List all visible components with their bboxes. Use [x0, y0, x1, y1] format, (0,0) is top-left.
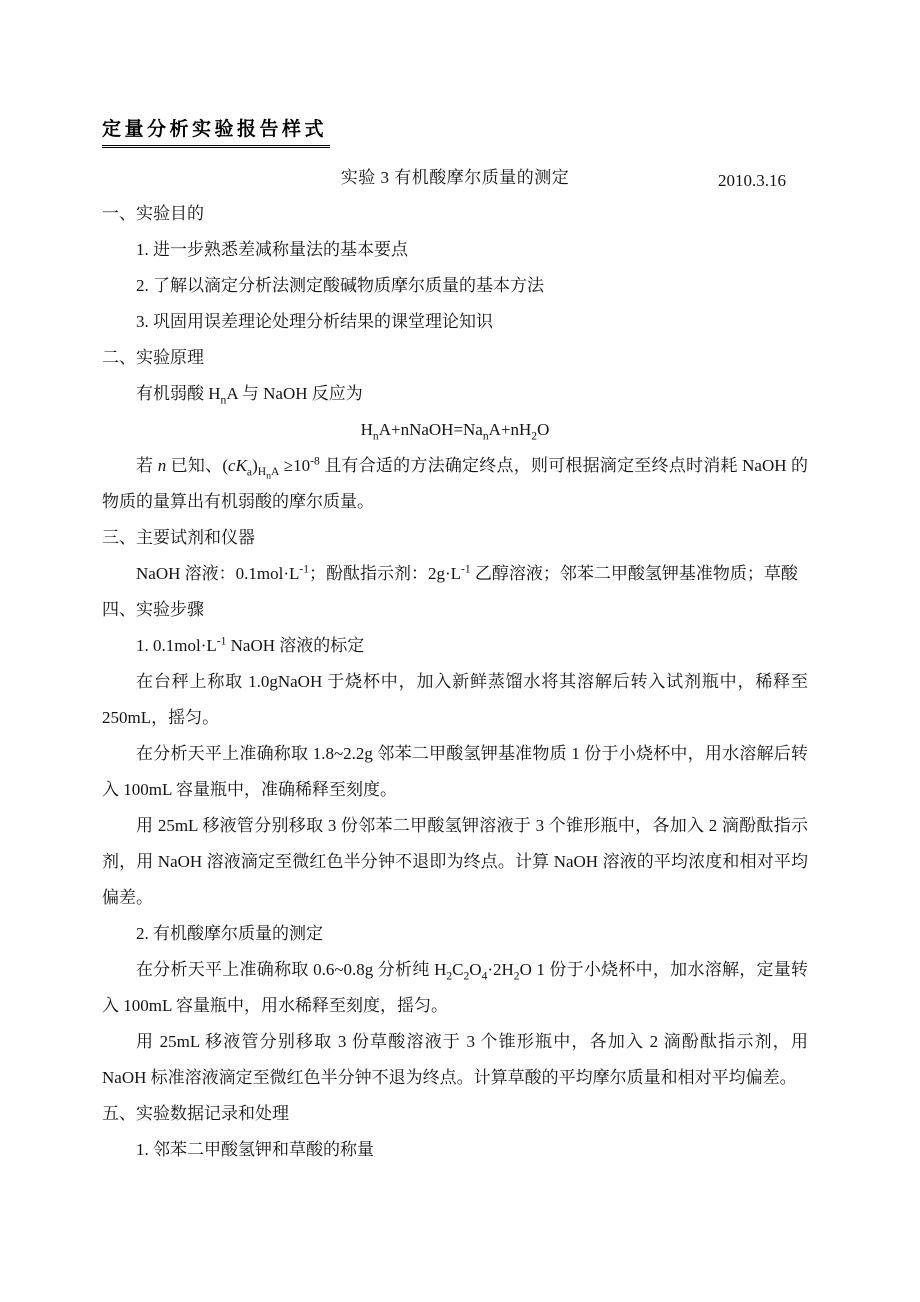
procedure-step2-para2: 用 25mL 移液管分别移取 3 份草酸溶液于 3 个锥形瓶中，各加入 2 滴酚… [102, 1024, 808, 1096]
principle-intro: 有机弱酸 HnA 与 NaOH 反应为 [102, 376, 808, 412]
principle-condition: 若 n 已知、(cKa)HnA ≥10-8 且有合适的方法确定终点，则可根据滴定… [102, 448, 808, 520]
purpose-item-2: 2. 了解以滴定分析法测定酸碱物质摩尔质量的基本方法 [102, 268, 808, 304]
report-date: 2010.3.16 [718, 163, 786, 199]
doc-title: 定量分析实验报告样式 [102, 116, 808, 148]
procedure-step1-para3: 用 25mL 移液管分别移取 3 份邻苯二甲酸氢钾溶液于 3 个锥形瓶中，各加入… [102, 808, 808, 916]
purpose-item-3: 3. 巩固用误差理论处理分析结果的课堂理论知识 [102, 304, 808, 340]
document-page: 定量分析实验报告样式 实验 3 有机酸摩尔质量的测定 2010.3.16 一、实… [0, 0, 920, 1302]
section-heading-principle: 二、实验原理 [102, 340, 808, 376]
procedure-step1-para1: 在台秤上称取 1.0gNaOH 于烧杯中，加入新鲜蒸馏水将其溶解后转入试剂瓶中，… [102, 664, 808, 736]
procedure-step2-para1: 在分析天平上准确称取 0.6~0.8g 分析纯 H2C2O4·2H2O 1 份于… [102, 952, 808, 1024]
section-heading-purpose: 一、实验目的 [102, 196, 808, 232]
procedure-step1-title: 1. 0.1mol·L-1 NaOH 溶液的标定 [102, 628, 808, 664]
chemical-equation: HnA+nNaOH=NanA+nH2O [102, 412, 808, 448]
section-heading-data-record: 五、实验数据记录和处理 [102, 1096, 808, 1132]
purpose-item-1: 1. 进一步熟悉差减称量法的基本要点 [102, 232, 808, 268]
procedure-step1-para2: 在分析天平上准确称取 1.8~2.2g 邻苯二甲酸氢钾基准物质 1 份于小烧杯中… [102, 736, 808, 808]
subtitle-row: 实验 3 有机酸摩尔质量的测定 2010.3.16 [102, 160, 808, 196]
doc-title-text: 定量分析实验报告样式 [102, 116, 330, 148]
data-record-item-1: 1. 邻苯二甲酸氢钾和草酸的称量 [102, 1132, 808, 1168]
section-heading-reagents: 三、主要试剂和仪器 [102, 520, 808, 556]
experiment-title: 实验 3 有机酸摩尔质量的测定 [341, 168, 570, 187]
procedure-step2-title: 2. 有机酸摩尔质量的测定 [102, 916, 808, 952]
reagents-list: NaOH 溶液：0.1mol·L-1；酚酞指示剂：2g·L-1 乙醇溶液；邻苯二… [102, 556, 808, 592]
section-heading-procedure: 四、实验步骤 [102, 592, 808, 628]
